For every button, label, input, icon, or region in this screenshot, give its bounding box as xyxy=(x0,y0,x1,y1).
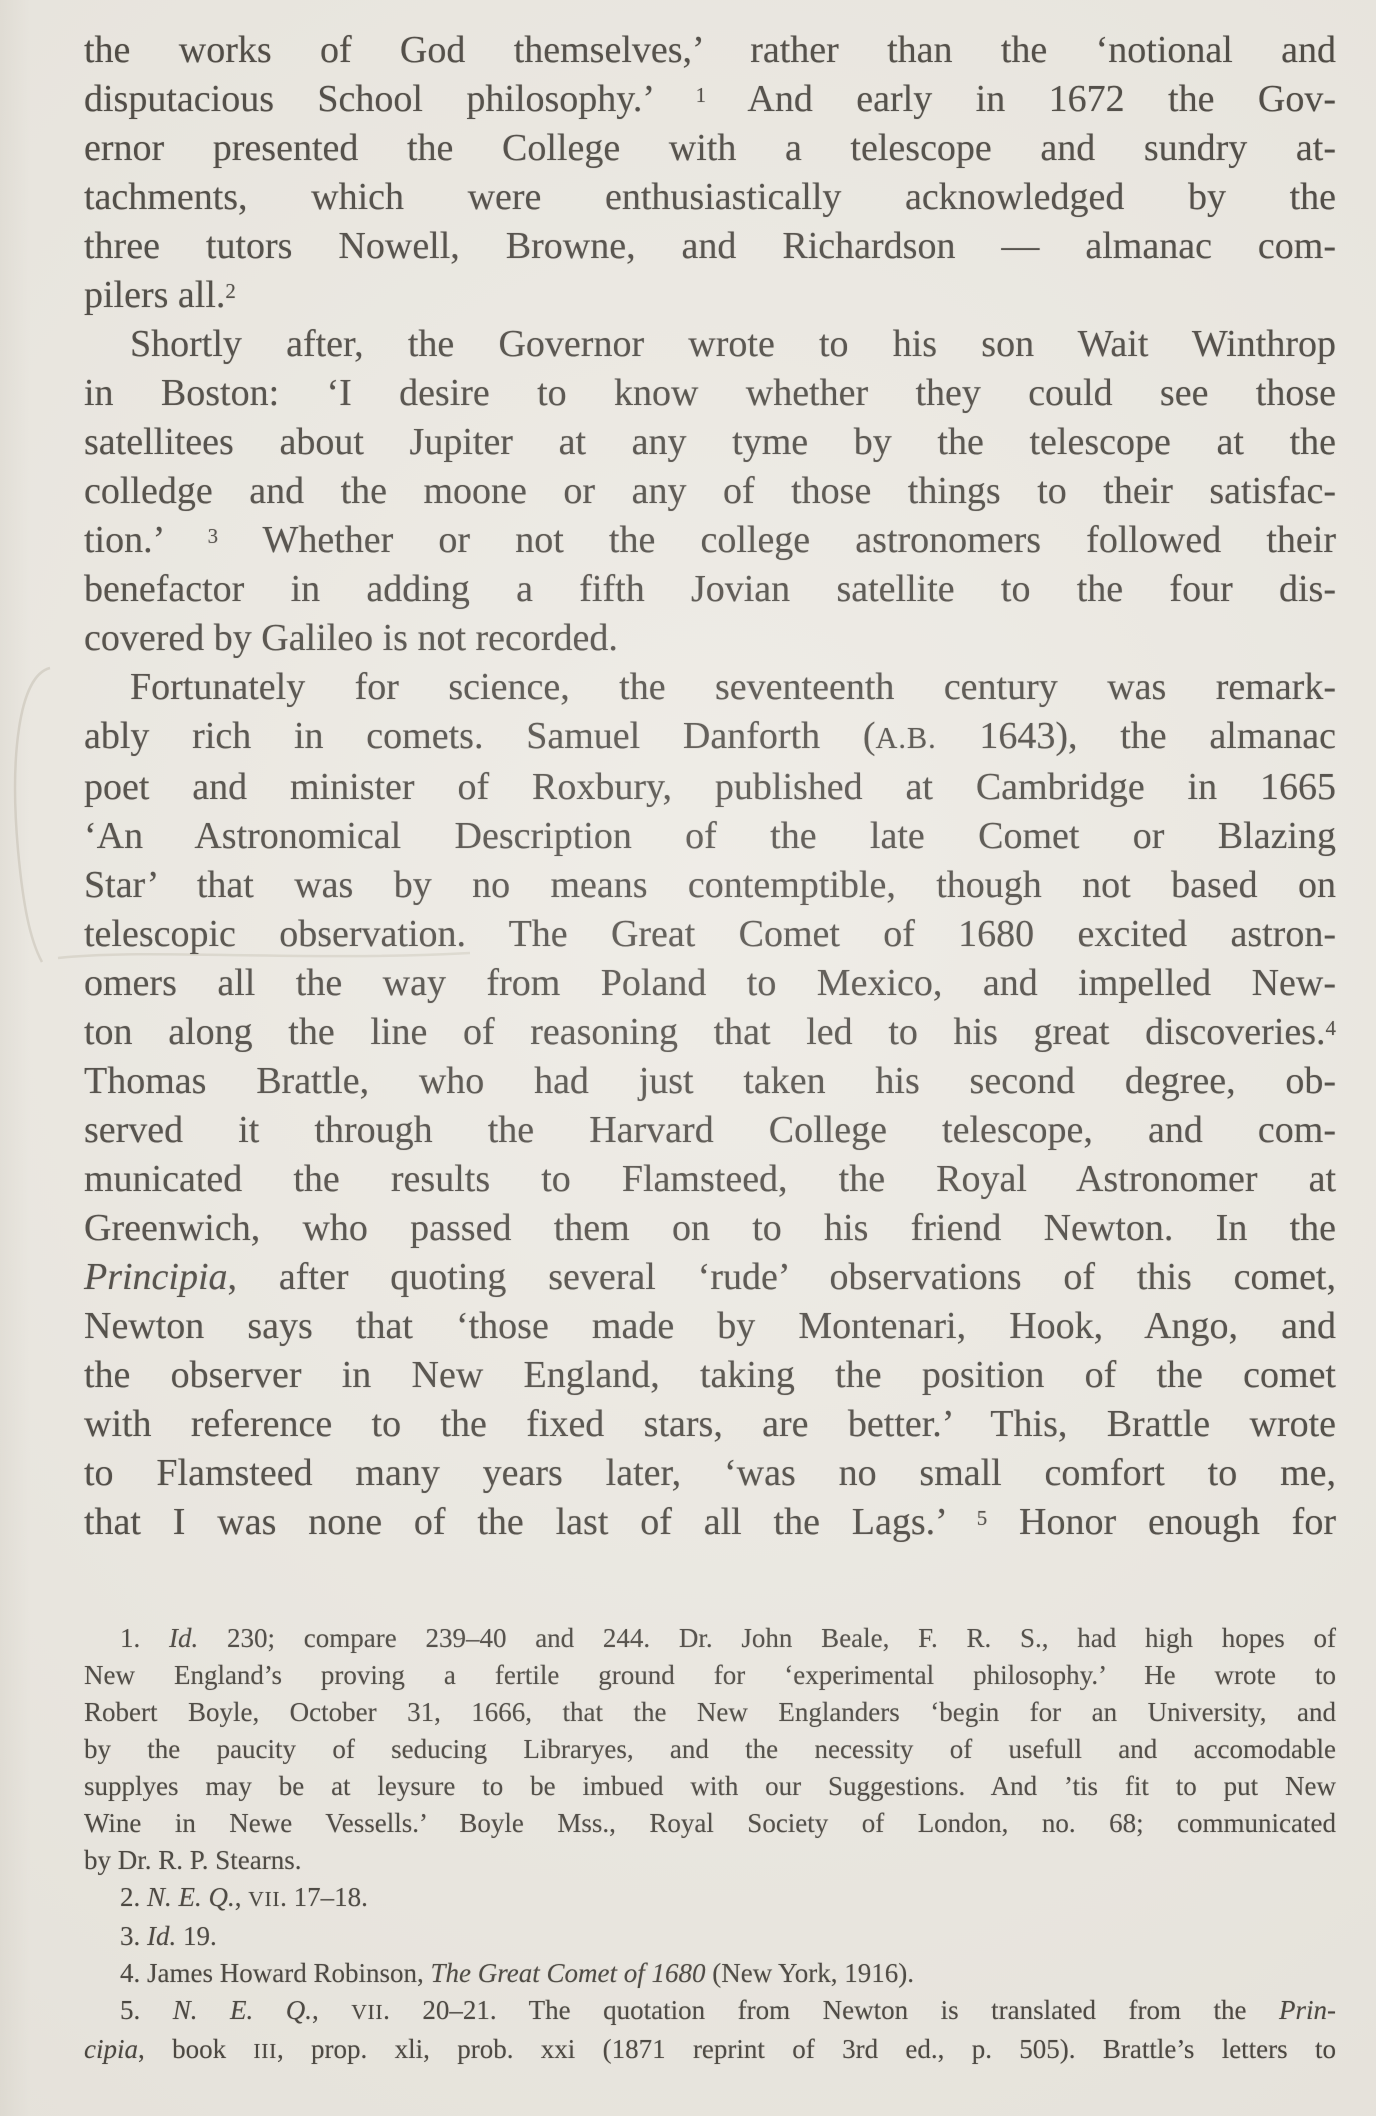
text-line: municated the results to Flamsteed, the … xyxy=(84,1155,1336,1204)
text-run: And early in 1672 the Gov- xyxy=(706,78,1336,120)
text-run: the works of God themselves,’ rather tha… xyxy=(84,29,1336,71)
footnote: 1. Id. 230; compare 239–40 and 244. Dr. … xyxy=(84,1620,1336,1879)
text-line: ably rich in comets. Samuel Danforth (A.… xyxy=(84,712,1336,763)
text-run: telescopic observation. The Great Comet … xyxy=(84,913,1336,955)
paragraph: the works of God themselves,’ rather tha… xyxy=(84,26,1336,320)
text-line: Greenwich, who passed them on to his fri… xyxy=(84,1204,1336,1253)
text-line: cipia, book III, prop. xli, prob. xxi (1… xyxy=(84,2031,1336,2070)
text-run: tachments, which were enthusiastically a… xyxy=(84,176,1336,218)
text-line: Wine in Newe Vessells.’ Boyle Mss., Roya… xyxy=(84,1805,1336,1842)
footnote-ref: 3 xyxy=(208,524,218,548)
text-run: (New York, 1916). xyxy=(705,1958,914,1988)
text-run: VII xyxy=(248,1887,280,1911)
text-run: , xyxy=(312,1995,351,2025)
text-run: Fortunately for science, the seventeenth… xyxy=(130,666,1336,708)
footnote-ref: 2 xyxy=(225,279,235,303)
text-run: tion.’ xyxy=(84,519,208,561)
text-run: Id. xyxy=(169,1623,198,1653)
text-run: , book xyxy=(138,2034,253,2064)
text-run: ‘An Astronomical Description of the late… xyxy=(84,815,1336,857)
text-run: Newton says that ‘those made by Montenar… xyxy=(84,1305,1336,1347)
text-run: 5. xyxy=(120,1995,173,2025)
text-line: the observer in New England, taking the … xyxy=(84,1351,1336,1400)
text-run: in Boston: ‘I desire to know whether the… xyxy=(84,372,1336,414)
text-run: Wine in Newe Vessells.’ Boyle Mss., Roya… xyxy=(84,1808,1336,1838)
text-run: Robert Boyle, October 31, 1666, that the… xyxy=(84,1697,1336,1727)
text-run: Prin- xyxy=(1279,1995,1336,2025)
text-line: Shortly after, the Governor wrote to his… xyxy=(84,320,1336,369)
text-line: benefactor in adding a fifth Jovian sate… xyxy=(84,565,1336,614)
text-line: 5. N. E. Q., VII. 20–21. The quotation f… xyxy=(84,1992,1336,2031)
book-page: the works of God themselves,’ rather tha… xyxy=(0,0,1376,2116)
text-run: municated the results to Flamsteed, the … xyxy=(84,1158,1336,1200)
text-line: Newton says that ‘those made by Montenar… xyxy=(84,1302,1336,1351)
text-line: Fortunately for science, the seventeenth… xyxy=(84,663,1336,712)
text-line: supplyes may be at leysure to be imbued … xyxy=(84,1768,1336,1805)
text-line: covered by Galileo is not recorded. xyxy=(84,614,1336,663)
text-run: 1. xyxy=(120,1623,169,1653)
text-line: the works of God themselves,’ rather tha… xyxy=(84,26,1336,75)
text-run: N. E. Q. xyxy=(147,1882,235,1912)
text-run: . 17–18. xyxy=(280,1882,368,1912)
text-run: disputacious School philosophy.’ xyxy=(84,78,696,120)
text-run: supplyes may be at leysure to be imbued … xyxy=(84,1771,1336,1801)
text-run: 3. xyxy=(120,1921,147,1951)
text-line: by Dr. R. P. Stearns. xyxy=(84,1842,1336,1879)
text-run: benefactor in adding a fifth Jovian sate… xyxy=(84,568,1336,610)
text-run: to Flamsteed many years later, ‘was no s… xyxy=(84,1452,1336,1494)
text-run: , after quoting several ‘rude’ observati… xyxy=(228,1256,1336,1298)
text-run: New England’s proving a fertile ground f… xyxy=(84,1660,1336,1690)
text-line: 2. N. E. Q., VII. 17–18. xyxy=(84,1879,1336,1918)
text-run: the observer in New England, taking the … xyxy=(84,1354,1336,1396)
text-run: III xyxy=(253,2039,277,2063)
footnote: 3. Id. 19. xyxy=(84,1918,1336,1955)
footnotes: 1. Id. 230; compare 239–40 and 244. Dr. … xyxy=(84,1620,1336,2070)
body-text: the works of God themselves,’ rather tha… xyxy=(84,26,1336,1547)
text-line: New England’s proving a fertile ground f… xyxy=(84,1657,1336,1694)
text-run: Thomas Brattle, who had just taken his s… xyxy=(84,1060,1336,1102)
text-run: N. E. Q. xyxy=(173,1995,312,2025)
text-run: with reference to the fixed stars, are b… xyxy=(84,1403,1336,1445)
footnote-ref: 1 xyxy=(696,83,706,107)
text-line: poet and minister of Roxbury, published … xyxy=(84,763,1336,812)
text-line: pilers all.2 xyxy=(84,271,1336,320)
text-run: Id. xyxy=(147,1921,176,1951)
text-run: 2. xyxy=(120,1882,147,1912)
text-line: telescopic observation. The Great Comet … xyxy=(84,910,1336,959)
text-run: Star’ that was by no means contemptible,… xyxy=(84,864,1336,906)
text-line: served it through the Harvard College te… xyxy=(84,1106,1336,1155)
text-run: A.B. xyxy=(876,721,937,755)
text-line: ernor presented the College with a teles… xyxy=(84,124,1336,173)
text-line: ton along the line of reasoning that led… xyxy=(84,1008,1336,1057)
text-run: colledge and the moone or any of those t… xyxy=(84,470,1336,512)
text-run: 19. xyxy=(176,1921,217,1951)
text-run: Honor enough for xyxy=(987,1501,1336,1543)
text-run: three tutors Nowell, Browne, and Richard… xyxy=(84,225,1336,267)
text-run: poet and minister of Roxbury, published … xyxy=(84,766,1336,808)
text-run: ton along the line of reasoning that led… xyxy=(84,1011,1326,1053)
text-line: three tutors Nowell, Browne, and Richard… xyxy=(84,222,1336,271)
text-line: satellitees about Jupiter at any tyme by… xyxy=(84,418,1336,467)
text-line: tion.’ 3 Whether or not the college astr… xyxy=(84,516,1336,565)
text-run: ernor presented the College with a teles… xyxy=(84,127,1336,169)
footnote: 2. N. E. Q., VII. 17–18. xyxy=(84,1879,1336,1918)
paragraph: Fortunately for science, the seventeenth… xyxy=(84,663,1336,1547)
text-run: satellitees about Jupiter at any tyme by… xyxy=(84,421,1336,463)
text-run: by Dr. R. P. Stearns. xyxy=(84,1845,302,1875)
text-line: Principia, after quoting several ‘rude’ … xyxy=(84,1253,1336,1302)
text-line: in Boston: ‘I desire to know whether the… xyxy=(84,369,1336,418)
text-line: Thomas Brattle, who had just taken his s… xyxy=(84,1057,1336,1106)
text-run: cipia xyxy=(84,2034,138,2064)
text-run: , xyxy=(235,1882,249,1912)
text-run: Principia xyxy=(84,1256,228,1298)
text-run: 1643), the almanac xyxy=(937,715,1336,757)
text-line: by the paucity of seducing Libraryes, an… xyxy=(84,1731,1336,1768)
text-line: disputacious School philosophy.’ 1 And e… xyxy=(84,75,1336,124)
paragraph: Shortly after, the Governor wrote to his… xyxy=(84,320,1336,663)
text-run: 230; compare 239–40 and 244. Dr. John Be… xyxy=(198,1623,1336,1653)
text-line: 3. Id. 19. xyxy=(84,1918,1336,1955)
text-run: Whether or not the college astronomers f… xyxy=(218,519,1336,561)
text-run: , prop. xli, prob. xxi (1871 reprint of … xyxy=(277,2034,1336,2064)
text-run: that I was none of the last of all the L… xyxy=(84,1501,977,1543)
text-line: that I was none of the last of all the L… xyxy=(84,1498,1336,1547)
text-line: 1. Id. 230; compare 239–40 and 244. Dr. … xyxy=(84,1620,1336,1657)
text-run: omers all the way from Poland to Mexico,… xyxy=(84,962,1336,1004)
text-run: The Great Comet of 1680 xyxy=(430,1958,705,1988)
text-run: Greenwich, who passed them on to his fri… xyxy=(84,1207,1336,1249)
text-line: colledge and the moone or any of those t… xyxy=(84,467,1336,516)
footnote: 5. N. E. Q., VII. 20–21. The quotation f… xyxy=(84,1992,1336,2070)
text-run: . 20–21. The quotation from Newton is tr… xyxy=(383,1995,1279,2025)
text-run: pilers all. xyxy=(84,274,225,316)
text-line: Robert Boyle, October 31, 1666, that the… xyxy=(84,1694,1336,1731)
footnote: 4. James Howard Robinson, The Great Come… xyxy=(84,1955,1336,1992)
text-line: with reference to the fixed stars, are b… xyxy=(84,1400,1336,1449)
text-run: Shortly after, the Governor wrote to his… xyxy=(130,323,1336,365)
footnote-ref: 5 xyxy=(977,1506,987,1530)
text-line: 4. James Howard Robinson, The Great Come… xyxy=(84,1955,1336,1992)
text-run: ably rich in comets. Samuel Danforth ( xyxy=(84,715,876,757)
text-run: covered by Galileo is not recorded. xyxy=(84,617,618,659)
text-run: served it through the Harvard College te… xyxy=(84,1109,1336,1151)
text-run: VII xyxy=(351,2000,383,2024)
text-run: 4. James Howard Robinson, xyxy=(120,1958,430,1988)
text-line: Star’ that was by no means contemptible,… xyxy=(84,861,1336,910)
text-line: to Flamsteed many years later, ‘was no s… xyxy=(84,1449,1336,1498)
pencil-mark-margin xyxy=(15,668,50,962)
text-line: ‘An Astronomical Description of the late… xyxy=(84,812,1336,861)
text-run: by the paucity of seducing Libraryes, an… xyxy=(84,1734,1336,1764)
footnote-ref: 4 xyxy=(1326,1016,1336,1040)
text-line: tachments, which were enthusiastically a… xyxy=(84,173,1336,222)
text-line: omers all the way from Poland to Mexico,… xyxy=(84,959,1336,1008)
